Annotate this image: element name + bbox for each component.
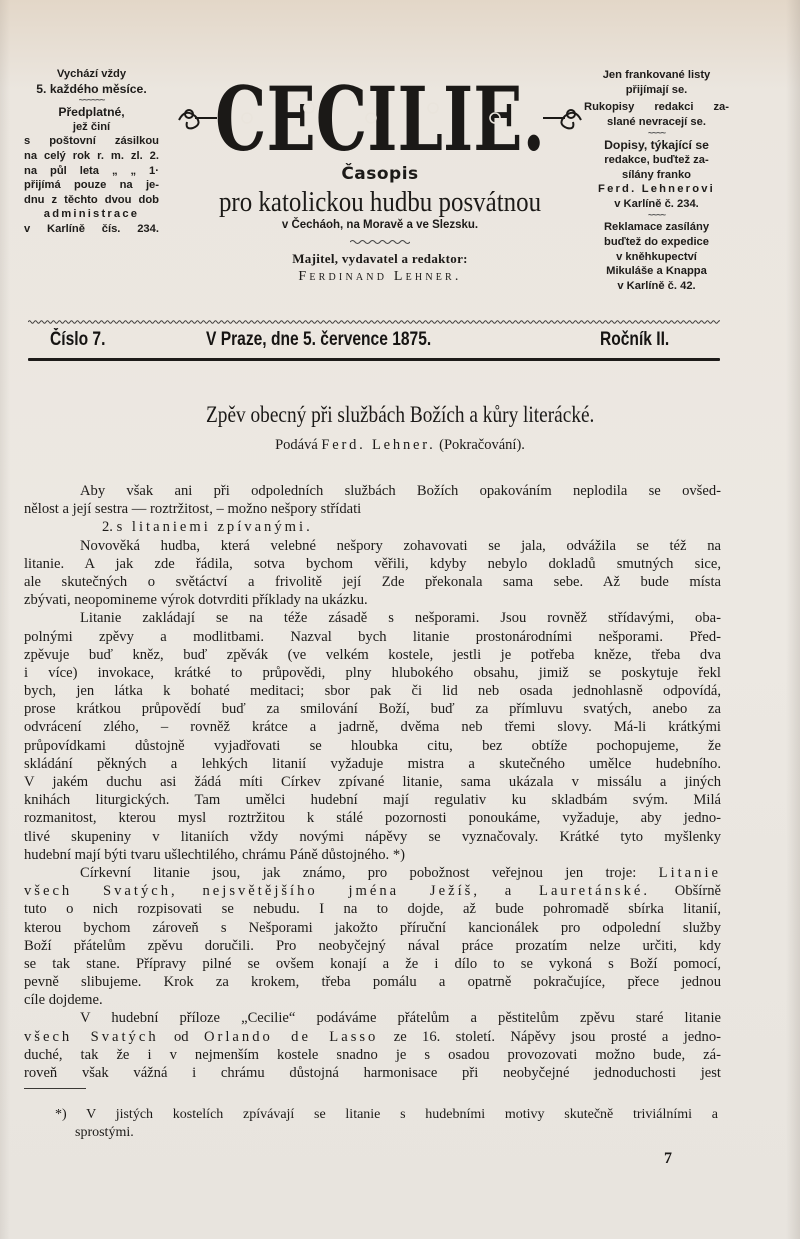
header-rule	[28, 358, 720, 361]
ornament-divider: ~~~~	[584, 211, 729, 220]
page-number: 7	[664, 1150, 672, 1168]
wavy-rule	[28, 319, 720, 325]
article-line: rozmanitost, kterou mysl roztržitou k st…	[24, 809, 721, 827]
article-line: V jakém duchu asi žádá míti Církev zpíva…	[24, 773, 721, 791]
editor-address: v Karlíně č. 234.	[584, 197, 729, 212]
issue-volume: Ročník II.	[600, 327, 669, 353]
administration-address: v Karlíně čís. 234.	[24, 222, 159, 237]
article-line: bych, jen látka k bohaté meditaci; sbor …	[24, 682, 721, 700]
subscription-price-half: na půl leta „ „ 1·	[24, 164, 159, 179]
notice-text: v kněhkupectví	[584, 250, 729, 265]
newspaper-page: Vychází vždy 5. každého měsíce. ~~~~~~ P…	[0, 0, 800, 1239]
article-line: kterou bychom zároveň s Nešporami jakožt…	[24, 919, 721, 937]
article-line: Litanie zakládají se na téže zásadě s ne…	[24, 609, 721, 627]
article-line: roveň však vážná i chrámu důstojná harmo…	[24, 1064, 721, 1082]
owner-label: Majitel, vydavatel a redaktor:	[170, 251, 590, 267]
issue-place-date: V Praze, dne 5. července 1875.	[206, 327, 431, 353]
subscription-text: přijímá pouze na je-	[24, 178, 159, 193]
subscription-heading: Předplatné,	[24, 105, 159, 120]
article-line: nělost a její sestra — roztržitost, – mo…	[24, 500, 721, 518]
notice-text: Jen frankované listy	[584, 68, 729, 83]
notice-text: Mikuláše a Knappa	[584, 264, 729, 279]
logo-text: CECILIE.	[215, 70, 545, 160]
subtitle-region: v Čecháoh, na Moravě a ve Slezsku.	[170, 219, 590, 231]
notice-text: slané nevracejí se.	[584, 115, 729, 130]
subscription-text: s poštovní zásilkou	[24, 134, 159, 149]
article-line: se tak stane. Přípravy pilné se ovšem ko…	[24, 955, 721, 973]
subtitle-label: Časopis	[170, 164, 590, 184]
article-line: i více) invokace, krátké to průpovědi, p…	[24, 664, 721, 682]
article-line: všech Svatých od Orlando de Lasso ze 16.…	[24, 1028, 721, 1046]
article-line: ale skutečných o světáctví a frivolitě j…	[24, 573, 721, 591]
issue-bar: Číslo 7. V Praze, dne 5. července 1875. …	[50, 327, 700, 353]
footnote: *) V jistých kostelích zpívávají se lita…	[55, 1106, 718, 1142]
article-line: polnými zpěvy a modlitbami. Nazval bych …	[24, 628, 721, 646]
article-line: Církevní litanie jsou, jak známo, pro po…	[24, 864, 721, 882]
article-line: Novověká hudba, která velebné nešpory zo…	[24, 537, 721, 555]
masthead-right-column: Jen frankované listy přijímají se. Rukop…	[584, 68, 729, 293]
publication-day: 5. každého měsíce.	[24, 82, 159, 97]
notice-text: Rukopisy redakci za-	[584, 100, 729, 115]
page-edge-shadow-left	[0, 0, 10, 1239]
masthead-title-block: CECILIE. Časopis pro katolickou hudbu po…	[170, 70, 590, 285]
ornament-divider	[350, 239, 410, 245]
notice-text: Reklamace zasílány	[584, 220, 729, 235]
footnote-line: sprostými.	[55, 1124, 718, 1142]
article-line: Aby však ani při odpoledních službách Bo…	[24, 482, 721, 500]
article-line: zbývati, neopomineme výrok dotvrditi pří…	[24, 591, 721, 609]
publication-frequency: Vychází vždy	[24, 67, 159, 82]
article-line: odvrácení zlého, – rovněž krátce a jadrn…	[24, 718, 721, 736]
article-line: cíle dojdeme.	[24, 991, 721, 1009]
notice-text: přijímají se.	[584, 83, 729, 98]
notice-text: sílány franko	[584, 168, 729, 183]
footnote-line: *) V jistých kostelích zpívávají se lita…	[55, 1106, 718, 1124]
article-line: pevně slibujeme. Krok za krokem, třeba p…	[24, 973, 721, 991]
article-line: skládání pěkných a lehkých litanií vyžad…	[24, 755, 721, 773]
administration-label: administrace	[24, 207, 159, 222]
notice-text: Dopisy, týkající se	[584, 138, 729, 153]
article-line: Boží přátelům zpěvu doručili. Pro neobyč…	[24, 937, 721, 955]
subscription-text: dnu z těchto dvou dob	[24, 193, 159, 208]
article-line: knihách liturgických. Tam umělci hudební…	[24, 791, 721, 809]
masthead-left-column: Vychází vždy 5. každého měsíce. ~~~~~~ P…	[24, 67, 159, 237]
notice-text: buďtež do expedice	[584, 235, 729, 250]
notice-text: redakce, buďtež za-	[584, 153, 729, 168]
editor-address-name: Ferd. Lehnerovi	[584, 182, 729, 197]
page-edge-shadow-right	[786, 0, 800, 1239]
article-line: litanie. A jak zde řádila, sotva bychom …	[24, 555, 721, 573]
issue-number: Číslo 7.	[50, 327, 105, 353]
article-line: 2. s litaniemi zpívanými.	[24, 518, 721, 536]
cecilie-ornamental-logo: CECILIE.	[175, 70, 585, 160]
article-line: prose krátkou průpovědí buď za smilování…	[24, 700, 721, 718]
ornament-divider: ~~~~~~	[24, 96, 159, 105]
subscription-price-year: na celý rok r. m. zl. 2.	[24, 149, 159, 164]
notice-text: v Karlíně č. 42.	[584, 279, 729, 294]
article-line: duché, tak že i v nejmenším kostele snad…	[24, 1046, 721, 1064]
article-line: hudební mají býti tvaru ušlechtilého, ch…	[24, 846, 721, 864]
article-line: zpěvuje buď kněz, buď zpěvák (ve velkém …	[24, 646, 721, 664]
article-title: Zpěv obecný při službách Božích a kůry l…	[0, 402, 800, 428]
footnote-rule	[24, 1088, 86, 1089]
article-body: Aby však ani při odpoledních službách Bo…	[24, 482, 721, 1082]
article-byline: Podává Ferd. Lehner. (Pokračování).	[0, 437, 800, 454]
owner-name: Ferdinand Lehner.	[170, 269, 590, 285]
article-line: průpovídkami důstojně vyjadřovati se hlo…	[24, 737, 721, 755]
article-line: tuto o nich rozpisovati se nebudu. I na …	[24, 900, 721, 918]
article-line: V hudební příloze „Cecilie“ podáváme přá…	[24, 1009, 721, 1027]
article-line: všech Svatých, nejsvětějšího jména Ježíš…	[24, 882, 721, 900]
ornament-divider: ~~~~	[584, 129, 729, 138]
subtitle-main: pro katolickou hudbu posvátnou	[199, 186, 560, 218]
article-line: tlivé skupeniny v litaniích vždy novými …	[24, 828, 721, 846]
byline-author: Ferd. Lehner.	[321, 437, 435, 453]
subscription-text: jež činí	[24, 120, 159, 135]
